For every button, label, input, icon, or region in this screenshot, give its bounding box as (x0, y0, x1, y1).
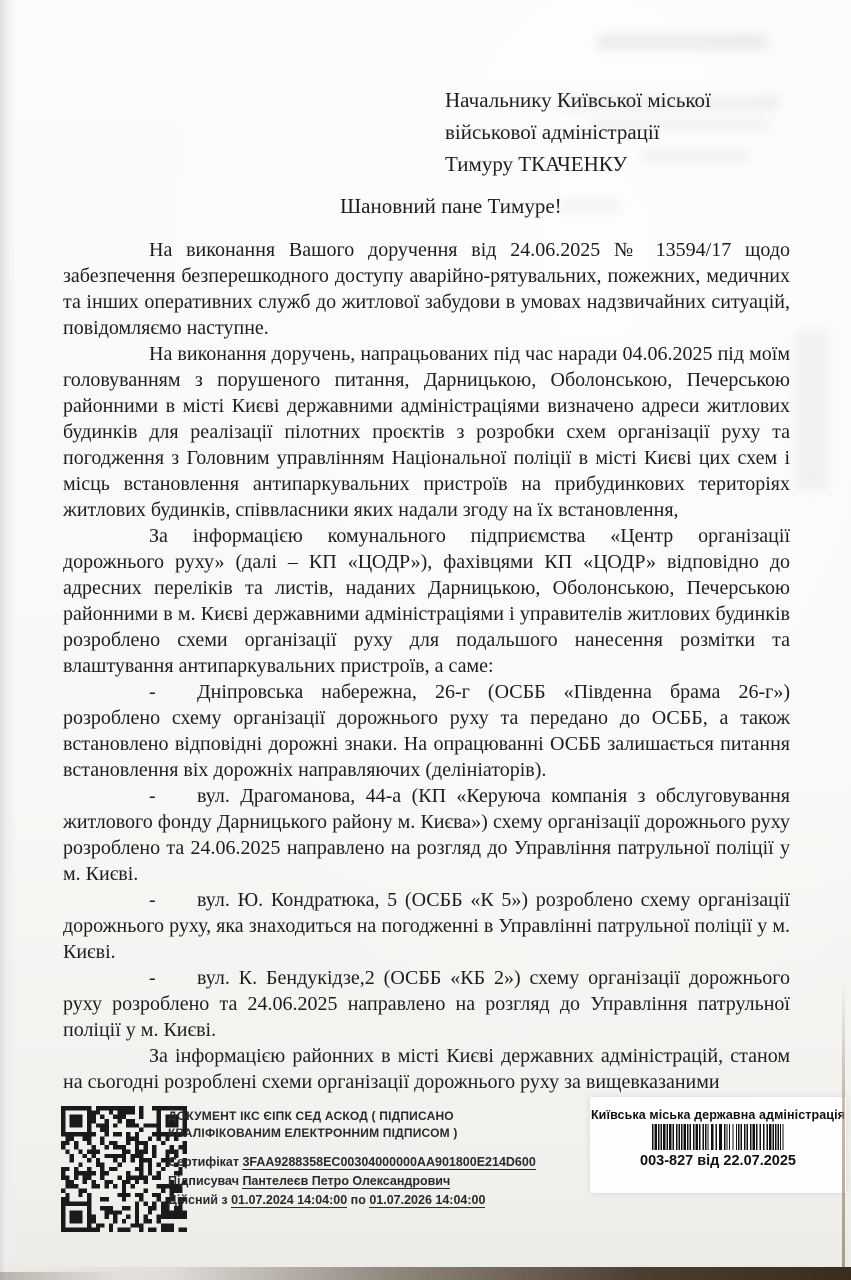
e-signature-block: ДОКУМЕНТ ІКС ЄІПК СЕД АСКОД ( ПІДПИСАНО … (168, 1108, 570, 1210)
bleed-through-artifact (795, 330, 829, 490)
scanned-letter-page: Начальнику Київської міської військової … (0, 0, 851, 1280)
signer-value: Пантелеєв Петро Олександрович (242, 1174, 450, 1189)
document-body: На виконання Вашого доручення від 24.06.… (63, 237, 790, 1095)
barcode-image (652, 1124, 784, 1150)
salutation: Шановний пане Тимуре! (340, 194, 562, 219)
body-paragraph: За інформацією комунального підприємства… (63, 523, 790, 679)
body-paragraph: На виконання доручень, напрацьованих під… (63, 341, 790, 523)
background-bottom-left-edge (0, 1272, 120, 1280)
validity-line: Дійсний з 01.07.2024 14:04:00 по 01.07.2… (168, 1191, 570, 1210)
signer-line: Підписувач Пантелеєв Петро Олександрович (168, 1172, 570, 1191)
background-bottom-edge (0, 1267, 851, 1280)
body-bullet: -Дніпровська набережна, 26-г (ОСББ «Півд… (63, 679, 790, 783)
bullet-dash: - (149, 783, 197, 809)
body-bullet: -вул. К. Бендукідзе,2 (ОСББ «КБ 2») схем… (63, 965, 790, 1043)
recipient-line: військової адміністрації (445, 116, 711, 148)
certificate-line: Сертифікат 3FAA9288358EC00304000000AA901… (168, 1153, 570, 1172)
registration-stamp: Київська міська державна адміністрація 0… (590, 1097, 846, 1193)
barcode (652, 1124, 784, 1150)
validity-separator: по (351, 1193, 366, 1207)
bleed-through-artifact (598, 34, 768, 50)
validity-prefix: Дійсний з (168, 1193, 228, 1207)
paper-right-edge (842, 980, 845, 1280)
recipient-line: Тимуру ТКАЧЕНКУ (445, 148, 711, 180)
bullet-dash: - (149, 679, 197, 705)
signer-label: Підписувач (168, 1174, 239, 1188)
stamp-registration-number: 003-827 від 22.07.2025 (590, 1153, 846, 1169)
bullet-dash: - (149, 965, 197, 991)
body-bullet: -вул. Ю. Кондратюка, 5 (ОСББ «К 5») розр… (63, 887, 790, 965)
valid-to: 01.07.2026 14:04:00 (369, 1193, 485, 1208)
body-paragraph: За інформацією районних в місті Києві де… (63, 1043, 790, 1095)
certificate-value: 3FAA9288358EC00304000000AA901800E214D600 (242, 1155, 535, 1170)
stamp-organization: Київська міська державна адміністрація (590, 1108, 846, 1122)
certificate-label: Сертифікат (168, 1155, 239, 1169)
paper-left-edge (0, 0, 16, 1280)
valid-from: 01.07.2024 14:04:00 (231, 1193, 347, 1208)
signature-system-title: ДОКУМЕНТ ІКС ЄІПК СЕД АСКОД ( ПІДПИСАНО … (168, 1108, 570, 1142)
recipient-block: Начальнику Київської міської військової … (445, 84, 711, 180)
body-paragraph: На виконання Вашого доручення від 24.06.… (63, 237, 790, 341)
bleed-through-artifact (560, 200, 620, 212)
recipient-line: Начальнику Київської міської (445, 84, 711, 116)
bullet-dash: - (149, 887, 197, 913)
body-bullet: -вул. Драгоманова, 44-а (КП «Керуюча ком… (63, 783, 790, 887)
